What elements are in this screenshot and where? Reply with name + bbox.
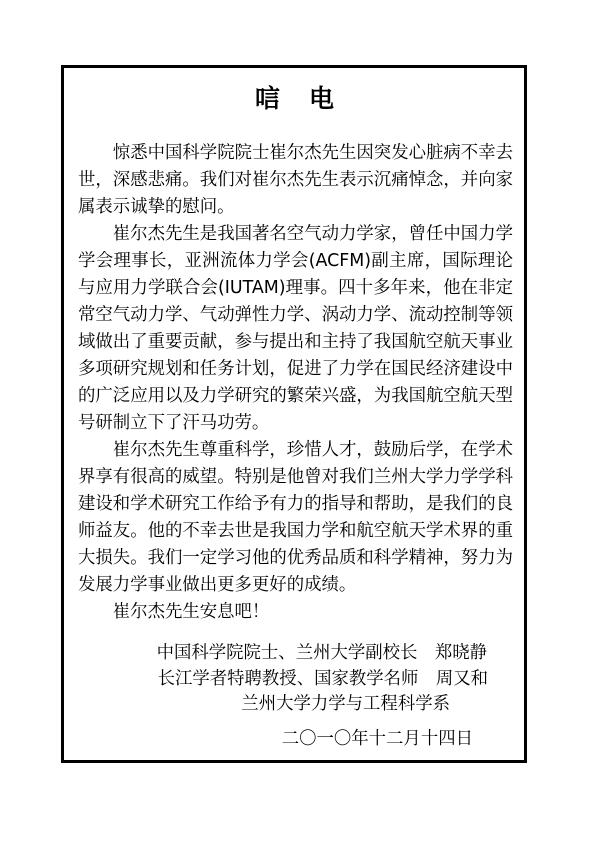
body-paragraph-3: 崔尔杰先生尊重科学，珍惜人才，鼓励后学，在学术界享有很高的威望。特别是他曾对我们… <box>78 437 513 599</box>
telegram-page: 唁 电 惊悉中国科学院院士崔尔杰先生因突发心脏病不幸去世，深感悲痛。我们对崔尔杰… <box>0 0 600 848</box>
signature-block: 中国科学院院士、兰州大学副校长 郑晓静 长江学者特聘教授、国家教学名师 周又和 … <box>78 641 513 718</box>
date-line: 二〇一〇年十二月十四日 <box>78 727 513 752</box>
telegram-body: 惊悉中国科学院院士崔尔杰先生因突发心脏病不幸去世，深感悲痛。我们对崔尔杰先生表示… <box>78 140 513 626</box>
signature-line-professor: 长江学者特聘教授、国家教学名师 周又和 <box>78 667 513 693</box>
telegram-border-frame: 唁 电 惊悉中国科学院院士崔尔杰先生因突发心脏病不幸去世，深感悲痛。我们对崔尔杰… <box>61 65 527 763</box>
body-paragraph-rest: 崔尔杰先生安息吧！ <box>78 599 513 626</box>
document-title: 唁 电 <box>78 84 513 114</box>
body-paragraph-1: 惊悉中国科学院院士崔尔杰先生因突发心脏病不幸去世，深感悲痛。我们对崔尔杰先生表示… <box>78 140 513 221</box>
signature-line-president: 中国科学院院士、兰州大学副校长 郑晓静 <box>78 641 513 667</box>
signature-line-department: 兰州大学力学与工程科学系 <box>78 692 513 718</box>
body-paragraph-2: 崔尔杰先生是我国著名空气动力学家，曾任中国力学学会理事长，亚洲流体力学会(ACF… <box>78 221 513 437</box>
